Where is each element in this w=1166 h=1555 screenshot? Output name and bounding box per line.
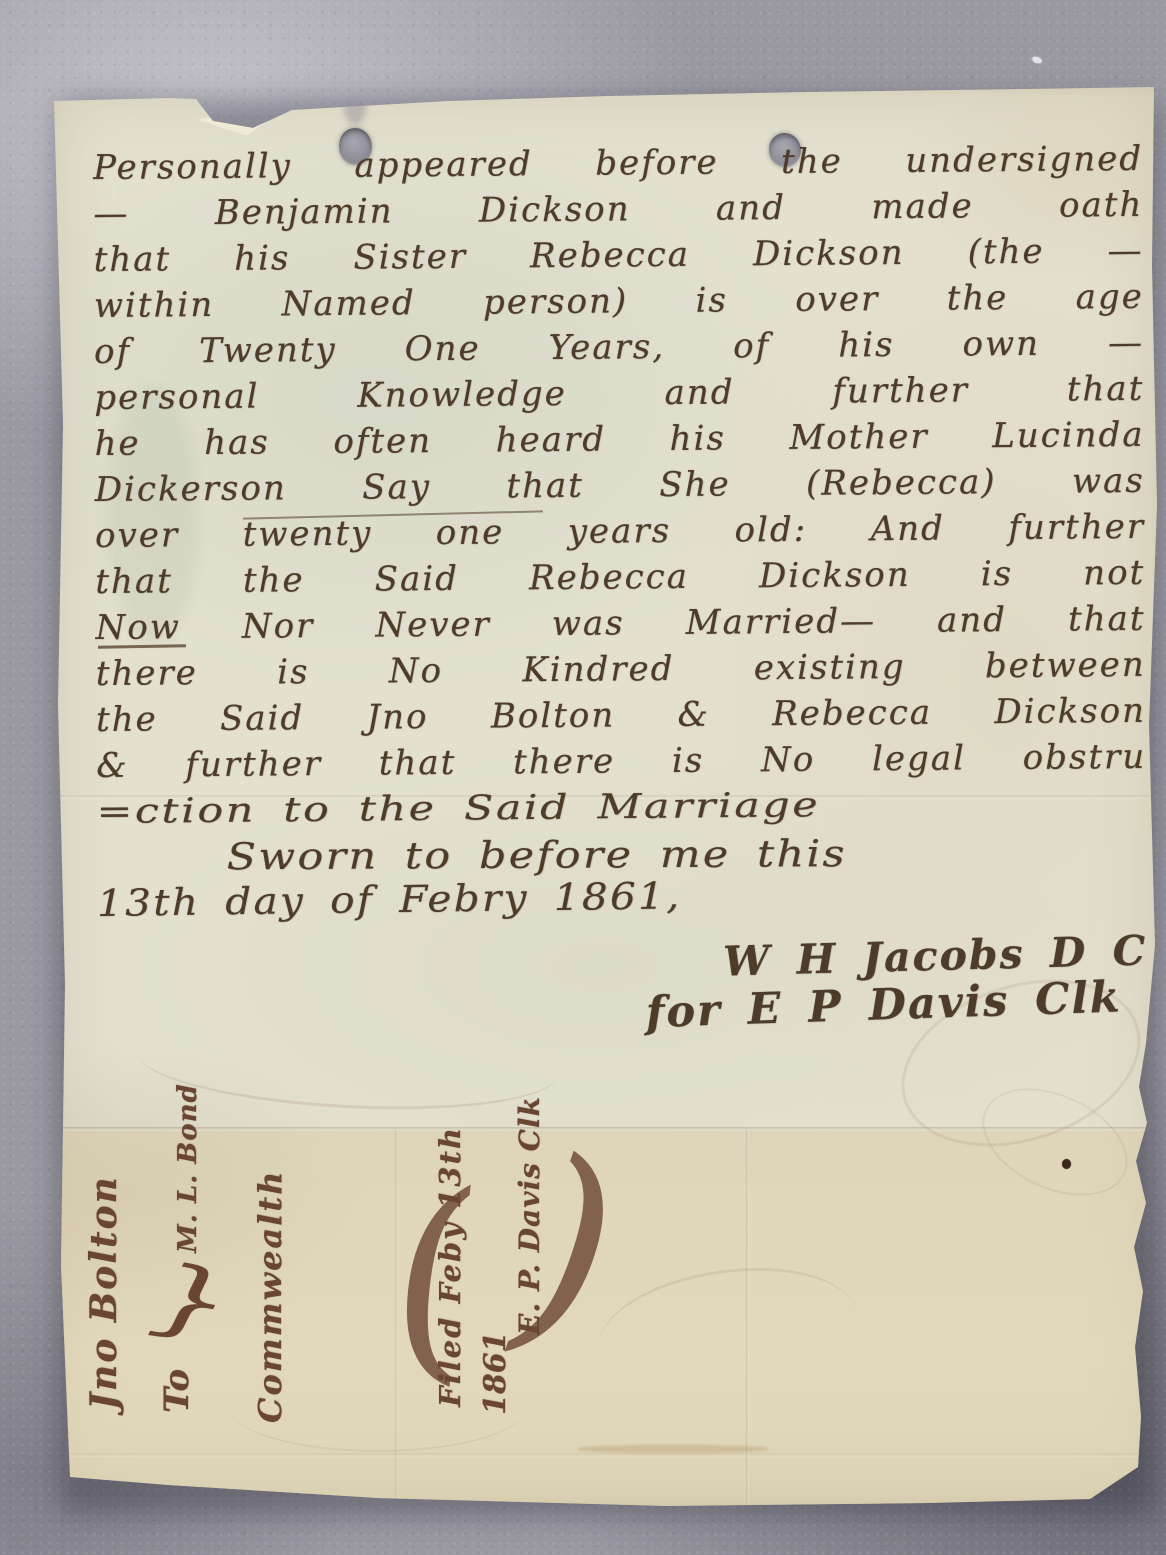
fold-crease-horizontal-lower (48, 1453, 1162, 1457)
hole-shadow-smudge (344, 91, 366, 125)
affidavit-text: Personally appeared before the undersign… (93, 140, 1148, 1025)
docket-filed-date: Filed Feby 13th (433, 1127, 467, 1407)
photo-background: Personally appeared before the undersign… (0, 0, 1166, 1555)
docket-commonwealth: Commwealth (251, 1173, 289, 1423)
docket-bond-label: M. L. Bond (173, 1093, 203, 1253)
ink-spot (1062, 1159, 1071, 1169)
lint-speck (1031, 55, 1042, 64)
document-paper: Personally appeared before the undersign… (48, 85, 1162, 1507)
docket-versus: To (157, 1353, 197, 1413)
docket-brace: } (144, 1251, 238, 1348)
docket-party-name: Jno Bolton (83, 1180, 125, 1410)
stain-streak (578, 1445, 768, 1453)
